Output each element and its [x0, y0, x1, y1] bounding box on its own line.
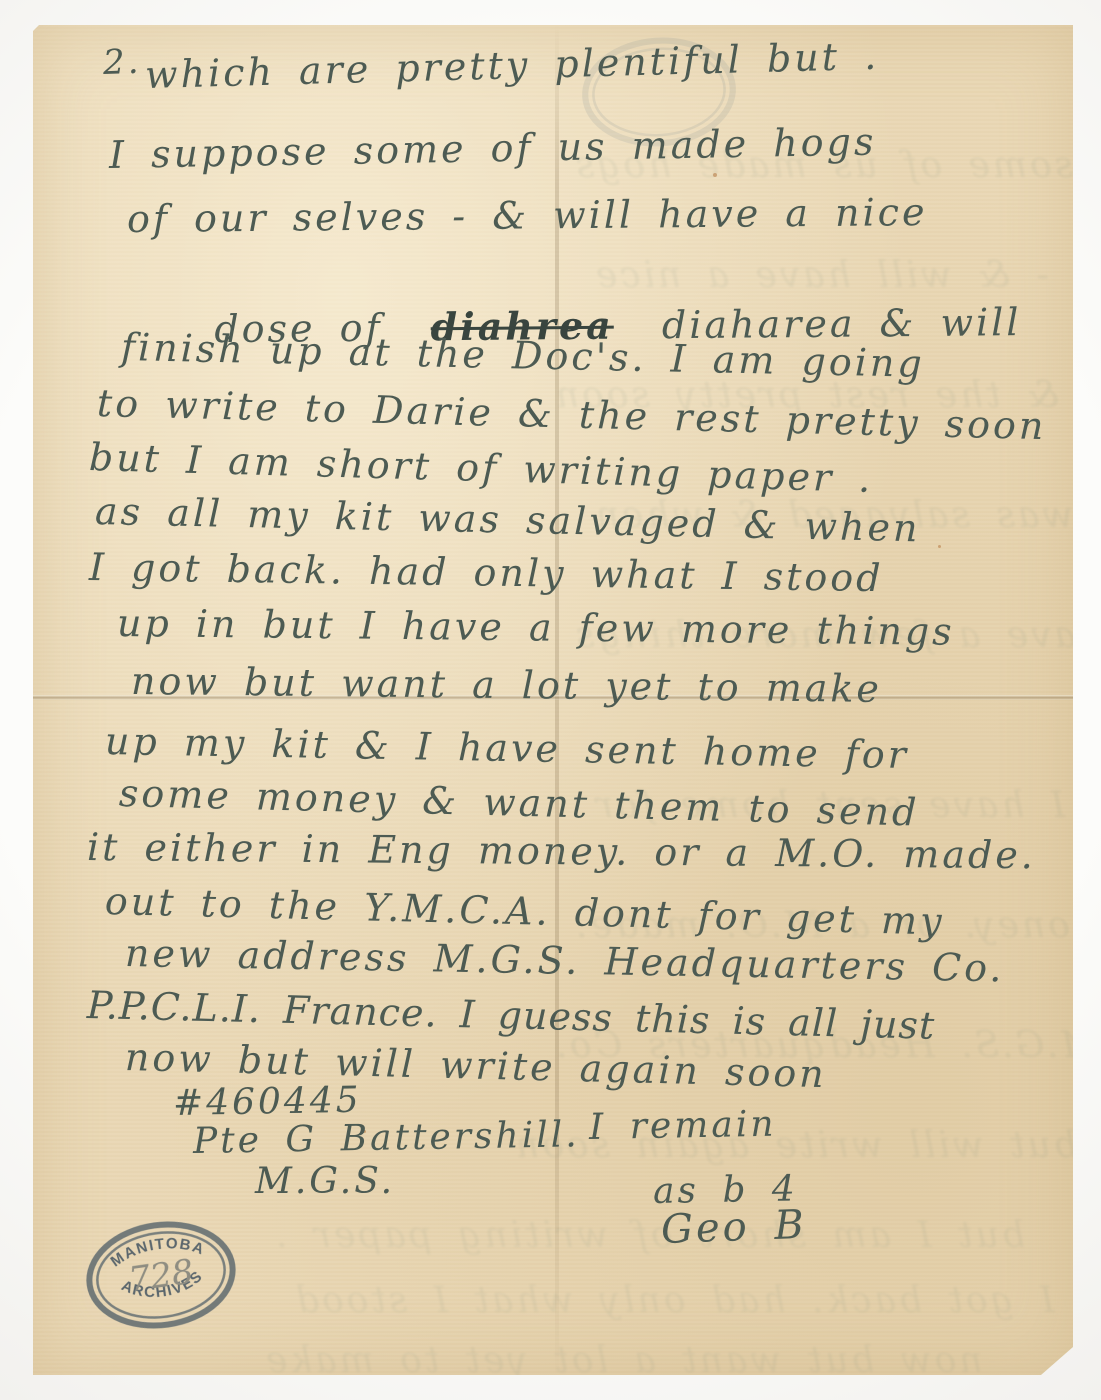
photo-backdrop: { "document": { "kind": "handwritten let… [0, 0, 1101, 1400]
letter-line: which are pretty plentiful but . [144, 34, 879, 97]
page-number: 2. [102, 42, 142, 83]
letter-line: some money & want them to send [118, 771, 920, 835]
foxing-speck [938, 545, 941, 548]
letter-line: up my kit & I have sent home for [105, 719, 910, 777]
letter-line: now but want a lot yet to make [131, 659, 882, 711]
letter-line: I suppose some of us made hogs [109, 120, 877, 177]
letter-paper: I suppose some of us made hogs of our se… [33, 25, 1073, 1375]
ink-bleedthrough-line: I got back. had only what I stood [293, 1280, 1054, 1321]
foxing-speck [713, 173, 717, 177]
letter-line: of our selves - & will have a nice [127, 190, 928, 241]
soldier-name: Pte G Battershill. [193, 1114, 580, 1162]
closing-line: I remain [589, 1104, 777, 1148]
letter-line: up in but I have a few more things [117, 601, 955, 654]
ink-bleedthrough-line: now but want a lot yet to make [263, 1340, 983, 1381]
ink-bleedthrough-line: but I am short of writing paper . [273, 1215, 1025, 1256]
letter-line: I got back. had only what I stood [89, 545, 884, 600]
archives-stamp: MANITOBA ARCHIVES 728 [78, 1211, 244, 1339]
service-number: #460445 [173, 1080, 362, 1124]
signature: Geo B [660, 1202, 807, 1253]
unit-name: M.G.S. [255, 1161, 395, 1202]
letter-line: it either in Eng money. or a M.O. made. [87, 825, 1036, 877]
